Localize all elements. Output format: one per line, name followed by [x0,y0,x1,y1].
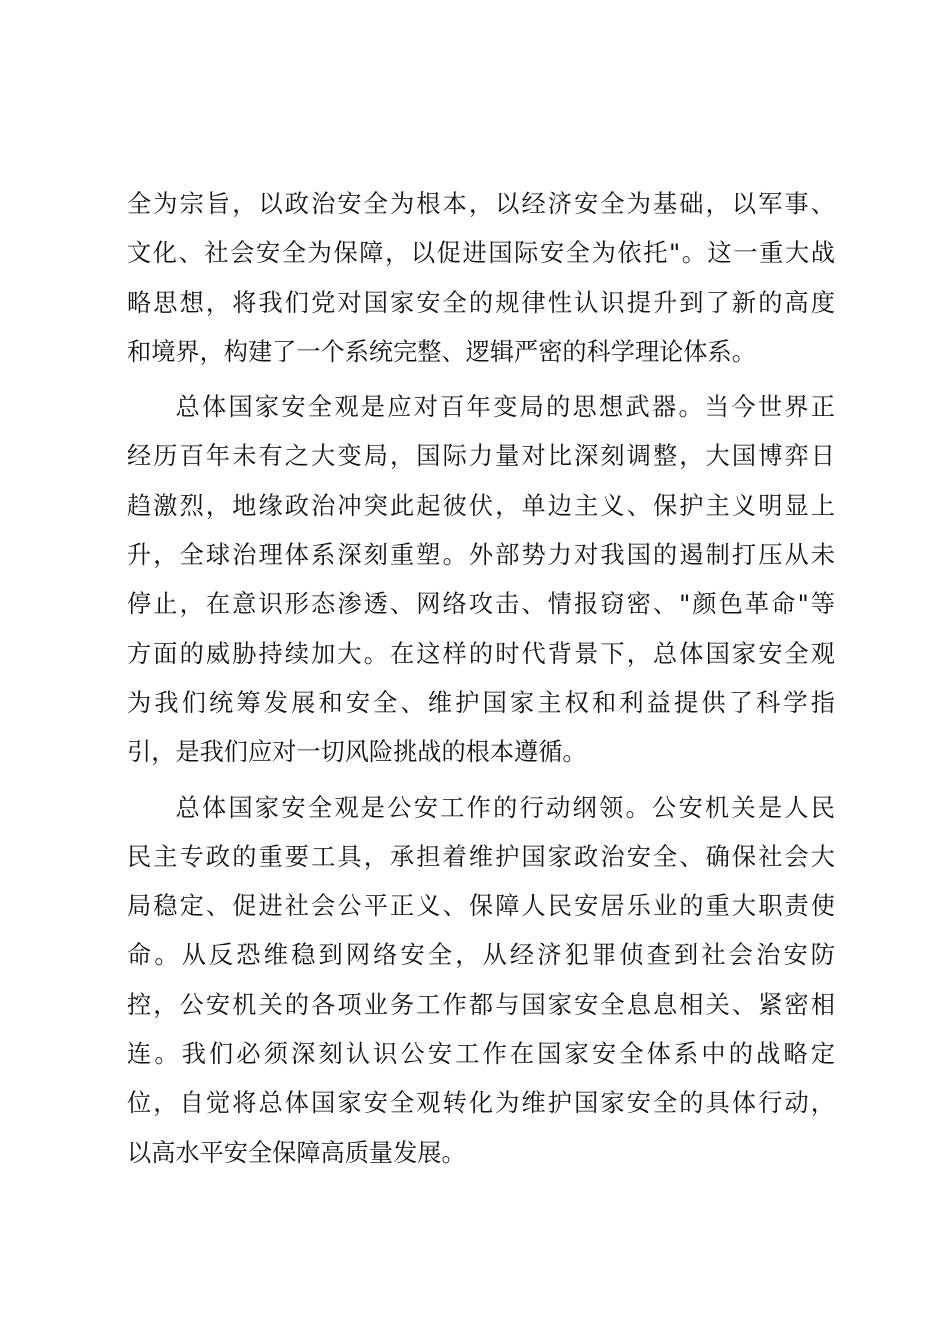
text-line: 引，是我们应对一切风险挑战的根本遵循。 [127,728,835,777]
paragraph-2: 总体国家安全观是应对百年变局的思想武器。当今世界正 经历百年未有之大变局，国际力… [127,383,835,777]
text-line: 全为宗旨，以政治安全为根本，以经济安全为基础，以军事、 [127,180,835,229]
text-line: 停止，在意识形态渗透、网络攻击、情报窃密、"颜色革命"等 [127,580,835,629]
text-line: 升，全球治理体系深刻重塑。外部势力对我国的遏制打压从未 [127,531,835,580]
paragraph-1: 全为宗旨，以政治安全为根本，以经济安全为基础，以军事、 文化、社会安全为保障，以… [127,180,835,377]
text-line: 略思想，将我们党对国家安全的规律性认识提升到了新的高度 [127,279,835,328]
paragraph-3: 总体国家安全观是公安工作的行动纲领。公安机关是人民 民主专政的重要工具，承担着维… [127,784,835,1178]
text-line: 为我们统筹发展和安全、维护国家主权和利益提供了科学指 [127,679,835,728]
text-line: 局稳定、促进社会公平正义、保障人民安居乐业的重大职责使 [127,882,835,931]
text-line: 命。从反恐维稳到网络安全，从经济犯罪侦查到社会治安防 [127,931,835,980]
text-line: 民主专政的重要工具，承担着维护国家政治安全、确保社会大 [127,833,835,882]
document-page: 全为宗旨，以政治安全为根本，以经济安全为基础，以军事、 文化、社会安全为保障，以… [127,180,835,1184]
text-line: 位，自觉将总体国家安全观转化为维护国家安全的具体行动， [127,1079,835,1128]
text-line: 趋激烈，地缘政治冲突此起彼伏，单边主义、保护主义明显上 [127,482,835,531]
text-line: 控，公安机关的各项业务工作都与国家安全息息相关、紧密相 [127,981,835,1030]
text-line: 和境界，构建了一个系统完整、逻辑严密的科学理论体系。 [127,328,835,377]
text-line: 总体国家安全观是应对百年变局的思想武器。当今世界正 [127,383,835,432]
text-line: 文化、社会安全为保障，以促进国际安全为依托"。这一重大战 [127,229,835,278]
text-line: 总体国家安全观是公安工作的行动纲领。公安机关是人民 [127,784,835,833]
text-line: 方面的威胁持续加大。在这样的时代背景下，总体国家安全观 [127,630,835,679]
text-line: 连。我们必须深刻认识公安工作在国家安全体系中的战略定 [127,1030,835,1079]
text-line: 经历百年未有之大变局，国际力量对比深刻调整，大国博弈日 [127,432,835,481]
text-line: 以高水平安全保障高质量发展。 [127,1129,835,1178]
